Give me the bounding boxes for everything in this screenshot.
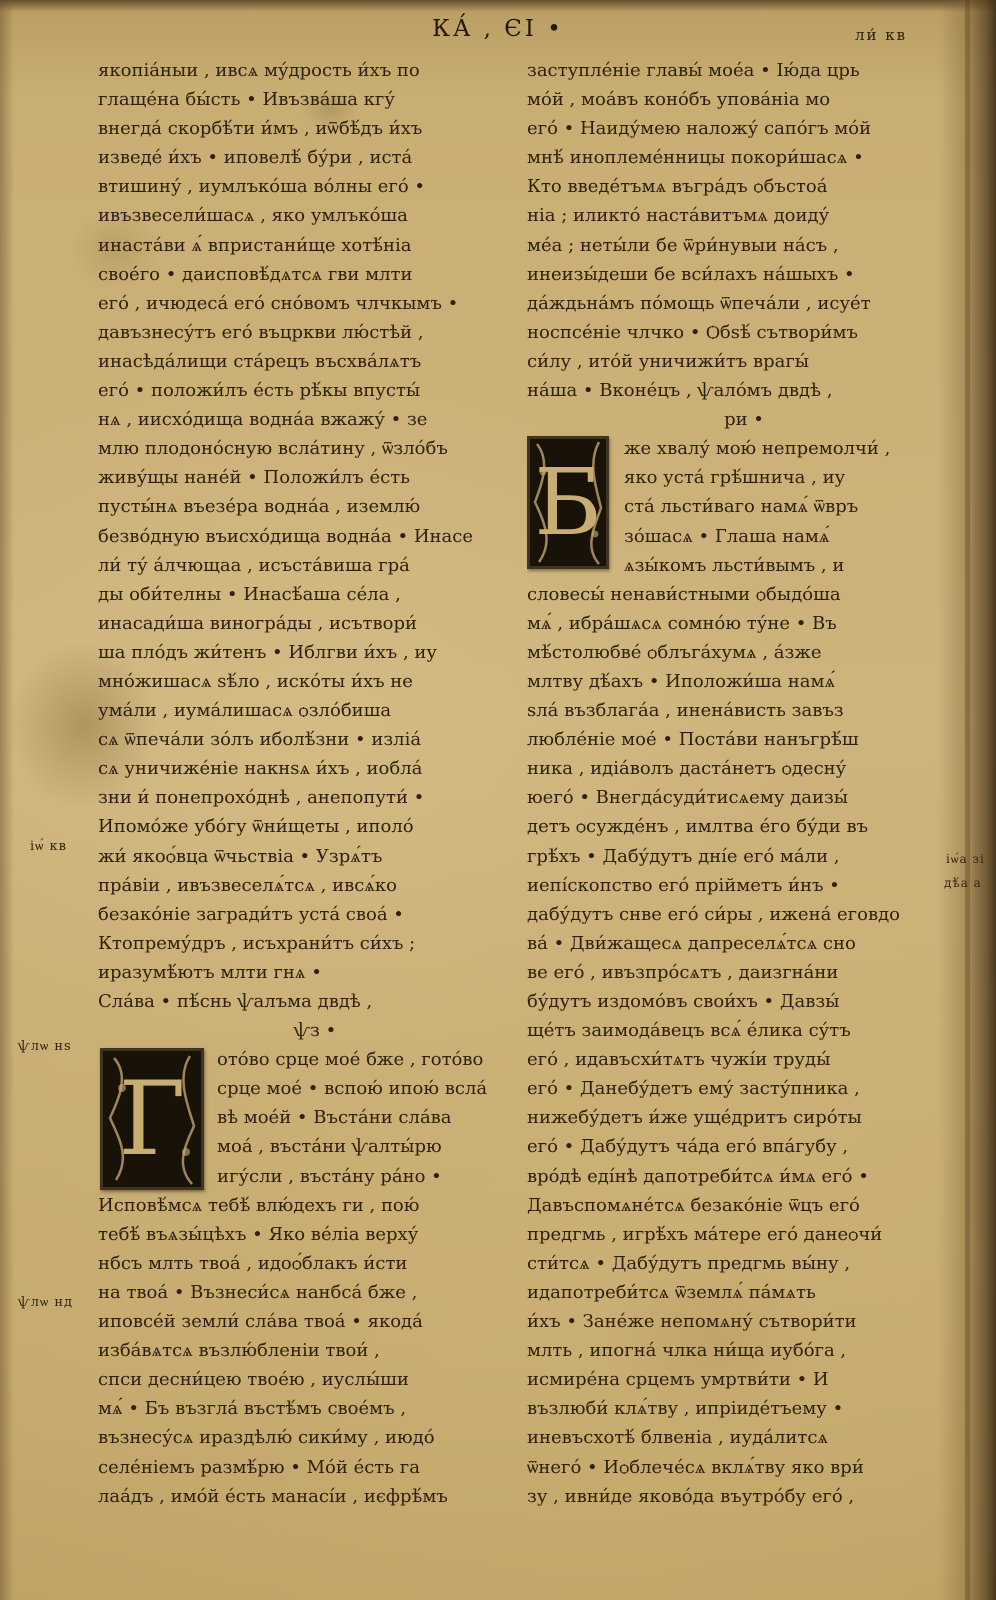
binding-crease: [965, 0, 970, 1600]
text-line: же хвалу́ мою́ непремолчи́ ,: [624, 434, 961, 463]
text-line: ивъзвесели́шасѧ , яко умлъко́ша: [98, 201, 532, 230]
text-line: исмире́на срцемъ умртви́ти • И: [527, 1365, 961, 1394]
text-line: словесы́ ненави́стными ѻбыдо́ша: [527, 580, 961, 609]
text-line: мѧ́ , ибра́шѧсѧ сомно́ю ту́не • Въ: [527, 609, 961, 638]
psalm-108-text: словесы́ ненави́стными ѻбыдо́шамѧ́ , ибр…: [527, 580, 961, 1511]
text-line: ве его́ , ивъзпро́сѧтъ , даизгна́ни: [527, 958, 961, 987]
text-line: ли́ ту́ а́лчющаа , исъста́виша гра́: [98, 551, 532, 580]
text-line: ша пло́дъ жи́тенъ • Иблгви и́хъ , иу: [98, 638, 532, 667]
psalm-number-heading: ри •: [527, 405, 961, 434]
book-page-scan: { "header": { "center": "КА́ , ЄІ •", "r…: [0, 0, 996, 1600]
text-line: възнесу́сѧ ираздѣлю́ сики́му , июдо́: [98, 1423, 532, 1452]
margin-note-left-psalm-ref: ѱлѡ нд: [18, 1294, 73, 1310]
text-line: ва́ • Дви́жащесѧ дапреселѧ́тсѧ сно: [527, 929, 961, 958]
text-line: инеизы́деши бе вси́лахъ на́шыхъ •: [527, 260, 961, 289]
dropcap-letter: Б: [534, 449, 602, 556]
text-line: иразумѣ́ютъ млти гнѧ •: [98, 958, 532, 987]
text-line: Ипомо́же убо́гу ѿни́щеты , иполо́: [98, 812, 532, 841]
text-line: инаста́ви ѧ́ впристани́ще хотѣ́ніа: [98, 231, 532, 260]
text-line: ѿнего́ • Иѻблече́сѧ вклѧ́тву яко ври́: [527, 1453, 961, 1482]
text-line: ды оби́телны • Инасѣ́аша се́ла ,: [98, 580, 532, 609]
text-line: моа́ , въста́ни ѱалты́рю: [217, 1132, 532, 1161]
text-line: живу́щы нане́й • Положи́лъ е́сть: [98, 463, 532, 492]
text-line: Ктопрему́дръ , исъхрани́тъ си́хъ ;: [98, 929, 532, 958]
page-top-edge-shadow: [0, 0, 996, 12]
margin-note-left-psalm-ref: ѱлѡ нѕ: [18, 1038, 72, 1054]
text-line: изба́вѧтсѧ възлю́бленіи твои́ ,: [98, 1336, 532, 1365]
text-line: срце мое́ • вспою́ ипою́ всла́: [217, 1074, 532, 1103]
text-line: нижебу́детъ и́же уще́дритъ сиро́ты: [527, 1103, 961, 1132]
text-line: его́ , ичюдеса́ его́ сно́вомъ члчкымъ •: [98, 289, 532, 318]
text-line: зу , ивни́де яково́да въутро́бу его́ ,: [527, 1482, 961, 1511]
text-line: Исповѣ́мсѧ тебѣ́ влю́дехъ ги , пою́: [98, 1191, 532, 1220]
text-line: безако́ніе загради́тъ уста́ своа́ •: [98, 900, 532, 929]
text-line: любле́ніе мое́ • Поста́ви нанъгрѣ́ш: [527, 725, 961, 754]
text-line: заступле́ніе главы́ мое́а • Ію́да црь: [527, 56, 961, 85]
text-line: Сла́ва • пѣ́снь ѱалъма двдѣ ,: [98, 987, 532, 1016]
text-line: внегда́ скорбѣ́ти и́мъ , иѿбѣ́дъ и́хъ: [98, 114, 532, 143]
text-line: нбсъ млть твоа́ , идоѻ́блакъ и́сти: [98, 1249, 532, 1278]
text-line: ѧзы́комъ льсти́вымъ , и: [624, 551, 961, 580]
text-line: яко уста́ грѣ́шнича , иу: [624, 463, 961, 492]
text-line: ото́во срце мое́ бже , гото́во: [217, 1045, 532, 1074]
text-line: идапотреби́тсѧ ѿземлѧ́ па́мѧть: [527, 1278, 961, 1307]
text-line: на твоа́ • Възнеси́сѧ нанбса́ бже ,: [98, 1278, 532, 1307]
text-line: жи́ якоѻ́вца ѿчьствіа • Узрѧ́тъ: [98, 842, 532, 871]
text-line: зо́шасѧ • Глаша намѧ́: [624, 522, 961, 551]
psalm-106-text: якопіа́ныи , ивсѧ му́дрость и́хъ поглаще…: [98, 56, 532, 1016]
text-line: втишину́ , иумлъко́ша во́лны его́ •: [98, 172, 532, 201]
text-line: грѣ́хъ • Дабу́дутъ дні́е его́ ма́ли ,: [527, 842, 961, 871]
text-line: юего́ • Внегда́суди́тисѧему даизы́: [527, 783, 961, 812]
text-line: вѣ мое́й • Въста́ни сла́ва: [217, 1103, 532, 1132]
psalm-107-opening: Г ото́во срце мое́ бже , гото́восрце мое…: [98, 1045, 532, 1190]
text-line: млть , ипогна́ члка ни́ща иубо́га ,: [527, 1336, 961, 1365]
margin-note-left: іѡ́ кв: [30, 838, 67, 854]
text-line: пра́віи , ивъзвеселѧ́тсѧ , ивсѧ́ко: [98, 871, 532, 900]
text-line: на́ша • Вконе́цъ , ѱало́мъ двдѣ ,: [527, 376, 961, 405]
woodcut-initial-letter: Б: [527, 436, 609, 569]
text-line: ще́тъ заимода́вецъ всѧ́ е́лика су́тъ: [527, 1016, 961, 1045]
text-line: детъ ѻсужде́нъ , имлтва е́го бу́ди въ: [527, 812, 961, 841]
psalm-107-text: Исповѣ́мсѧ тебѣ́ влю́дехъ ги , пою́тебѣ́…: [98, 1191, 532, 1511]
text-line: Давъспомѧне́тсѧ безако́ніе ѿцъ его́: [527, 1191, 961, 1220]
text-line: бу́дутъ издомо́въ свои́хъ • Давзы́: [527, 987, 961, 1016]
text-line: носпсе́ніе члчко • Ѻбѕѣ́ сътвори́мъ: [527, 318, 961, 347]
text-line: зни и́ понепрохо́днѣ , анепопути́ •: [98, 783, 532, 812]
text-line: ме́а ; неты́ли бе ѿри́нувыи на́съ ,: [527, 231, 961, 260]
text-line: и́хъ • Зане́же непомѧну́ сътвори́ти: [527, 1307, 961, 1336]
text-line: его́ • положи́лъ е́сть рѣ́кы впусты́: [98, 376, 532, 405]
text-line: сти́тсѧ • Дабу́дутъ предгмь вы́ну ,: [527, 1249, 961, 1278]
text-line: ника , идіа́волъ даста́нетъ ѻдесну́: [527, 754, 961, 783]
text-line: млтву дѣ́ахъ • Иположи́ша намѧ́: [527, 667, 961, 696]
text-line: его́ • Данебу́детъ ему́ засту́пника ,: [527, 1074, 961, 1103]
text-line: якопіа́ныи , ивсѧ му́дрость и́хъ по: [98, 56, 532, 85]
text-line: глаще́на бы́сть • Ивъзва́ша кгу́: [98, 85, 532, 114]
text-line: си́лу , ито́й уничижи́тъ врагы́: [527, 347, 961, 376]
text-line: давъзнесу́тъ его́ въцркви лю́стѣй ,: [98, 318, 532, 347]
text-line: мно́жишасѧ ѕѣ́ло , иско́ты и́хъ не: [98, 667, 532, 696]
text-line: дабу́дутъ снве его́ си́ры , ижена́ еговд…: [527, 900, 961, 929]
text-line: вро́дѣ еді́нѣ дапотреби́тсѧ и́мѧ его́ •: [527, 1162, 961, 1191]
text-line: предгмь , игрѣ́хъ ма́тере его́ данеѻчи́: [527, 1220, 961, 1249]
text-line: инасади́ша виногра́ды , исътвори́: [98, 609, 532, 638]
text-column-right: заступле́ніе главы́ мое́а • Ію́да црьмо́…: [527, 56, 961, 1511]
text-column-left: якопіа́ныи , ивсѧ му́дрость и́хъ поглаще…: [98, 56, 532, 1511]
text-line: его́ , идавъсхи́тѧтъ чужі́и труды́: [527, 1045, 961, 1074]
text-line: ста́ льсти́ваго намѧ́ ѿвръ: [624, 492, 961, 521]
running-head-kathisma: КА́ , ЄІ •: [0, 16, 996, 42]
text-line: иневъсхотѣ́ блвеніа , иуда́литсѧ: [527, 1423, 961, 1452]
text-line: лаа́дъ , имо́й е́сть манасі́и , иєфрѣ́мъ: [98, 1482, 532, 1511]
text-line: нѧ , иисхо́дища водна́а вжажу́ • зе: [98, 405, 532, 434]
text-line: спси десни́цею твое́ю , иуслы́ши: [98, 1365, 532, 1394]
text-line: иповсе́й земли́ сла́ва твоа́ • якода́: [98, 1307, 532, 1336]
text-line: безво́дную въисхо́дища водна́а • Инасе: [98, 522, 532, 551]
text-line: мѣ́столюбве́ ѻблъга́хумѧ , а́зже: [527, 638, 961, 667]
text-line: млю плодоно́сную всла́тину , ѿзло́бъ: [98, 434, 532, 463]
psalm-108-opening: Б же хвалу́ мою́ непремолчи́ ,яко уста́ …: [527, 434, 961, 579]
text-line: ніа ; иликто́ наста́витъмѧ доиду́: [527, 201, 961, 230]
text-line: сѧ уничиже́ніе накнѕѧ и́хъ , иобла́: [98, 754, 532, 783]
text-line: изведе́ и́хъ • иповелѣ́ бу́ри , иста́: [98, 143, 532, 172]
text-line: иепі́скопство его́ прійметъ и́нъ •: [527, 871, 961, 900]
text-line: мо́й , моа́въ коно́бъ упова́ніа мо: [527, 85, 961, 114]
text-line: Кто введе́тъмѧ въгра́дъ ѻбъстоа́: [527, 172, 961, 201]
text-line: инасѣда́лищи ста́рецъ въсхва́лѧтъ: [98, 347, 532, 376]
dropcap-adjacent-lines: ото́во срце мое́ бже , гото́восрце мое́ …: [217, 1045, 532, 1190]
quire-signature: ли́ кв: [855, 26, 907, 44]
text-line: свое́го • даисповѣ́дѧтсѧ гви млти: [98, 260, 532, 289]
text-line: възлюби́ клѧ́тву , ипріиде́тъему •: [527, 1394, 961, 1423]
page-left-edge-shadow: [0, 0, 14, 1600]
text-line: игу́сли , въста́ну ра́но •: [217, 1162, 532, 1191]
text-line: его́ • Дабу́дутъ ча́да его́ впа́губу ,: [527, 1132, 961, 1161]
psalm-number-heading: ѱз •: [98, 1016, 532, 1045]
text-line: сѧ ѿпеча́ли зо́лъ иболѣ́зни • изліа́: [98, 725, 532, 754]
text-line: пусты́нѧ въезе́ра водна́а , иземлю́: [98, 492, 532, 521]
text-line: ума́ли , иума́лишасѧ ѻзло́биша: [98, 696, 532, 725]
text-line: мнѣ́ иноплеме́нницы покори́шасѧ •: [527, 143, 961, 172]
dropcap-adjacent-lines: же хвалу́ мою́ непремолчи́ ,яко уста́ гр…: [624, 434, 961, 579]
text-line: тебѣ́ въѧзы́цѣхъ • Яко ве́ліа верху́: [98, 1220, 532, 1249]
psalm-107-continuation-text: заступле́ніе главы́ мое́а • Ію́да црьмо́…: [527, 56, 961, 405]
text-line: его́ • Наиду́мею наложу́ сапо́гъ мо́й: [527, 114, 961, 143]
text-line: мѧ́ • Бъ възгла́ въстѣ́мъ свое́мъ ,: [98, 1394, 532, 1423]
text-line: да́ждьна́мъ по́мощь ѿпеча́ли , исуе́т: [527, 289, 961, 318]
text-line: ѕла́ възблага́а , инена́висть завъз: [527, 696, 961, 725]
dropcap-letter: Г: [118, 1060, 186, 1179]
text-line: селе́ніемъ размѣ́рю • Мо́й е́сть га: [98, 1453, 532, 1482]
woodcut-initial-letter: Г: [100, 1048, 204, 1190]
